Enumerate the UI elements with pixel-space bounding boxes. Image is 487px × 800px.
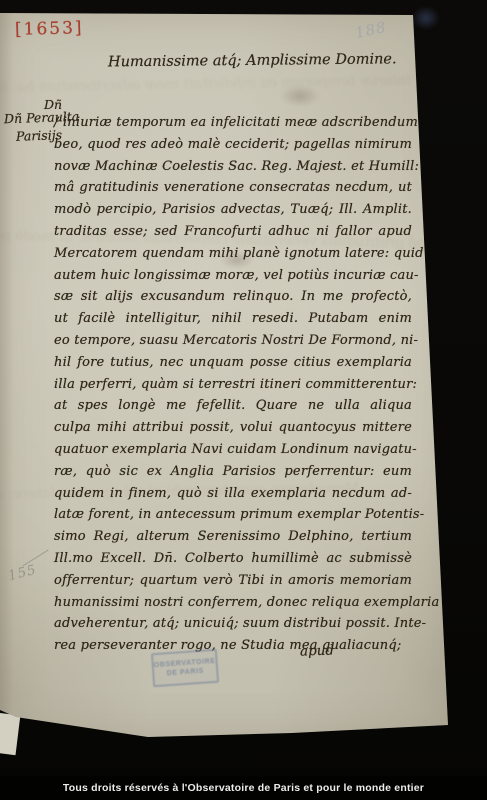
- ink-smudge: [280, 85, 320, 107]
- manuscript-line: hil fore tutius, nec unquam posse citius…: [54, 352, 412, 374]
- manuscript-line: sæ sit alijs excusandum relinquo. In me …: [54, 286, 412, 308]
- manuscript-line: traditas esse; sed Francofurti adhuc ni …: [54, 221, 412, 243]
- manuscript-line: simo Regi, alterum Serenissimo Delphino,…: [54, 526, 412, 548]
- manuscript-line: Mercatorem quendam mihi planè ignotum la…: [54, 243, 412, 265]
- stamp-text-line: DE PARIS: [166, 667, 204, 679]
- manuscript-line: / iniuriæ temporum ea infelicitati meæ a…: [54, 112, 412, 134]
- manuscript-line: culpa mihi attribui possit, volui quanto…: [54, 417, 412, 439]
- observatory-stamp: OBSERVATOIRE DE PARIS: [151, 649, 219, 688]
- scan-viewport: / iniuriæ temporum ea infelicitati meæ a…: [0, 0, 487, 800]
- manuscript-text: / iniuriæ temporum ea infelicitati meæ a…: [54, 112, 412, 657]
- manuscript-line: autem huic longissimæ moræ, vel potiùs i…: [54, 265, 412, 287]
- salutation-line: Humanissime atq́; Amplissime Domine.: [108, 52, 364, 71]
- blue-pencil-mark: [412, 6, 440, 30]
- manuscript-line: illa perferri, quàm si terrestri itineri…: [54, 374, 412, 396]
- manuscript-line: humanissimi nostri conferrem, donec reli…: [54, 592, 412, 614]
- manuscript-line: eo tempore, suasu Mercatoris Nostri De F…: [54, 330, 412, 352]
- manuscript-line: beo, quod res adeò malè ceciderit; pagel…: [54, 134, 412, 156]
- underlying-page-edge: [0, 713, 20, 755]
- folio-number-pencil: 188: [353, 18, 388, 42]
- manuscript-line: latæ forent, in antecessum primum exempl…: [54, 504, 412, 526]
- manuscript-line: ræ, quò sic ex Anglia Parisios perferren…: [54, 461, 412, 483]
- show-through-text: / iniuriæ temporum ea infelicitati meæ a…: [120, 72, 420, 93]
- manuscript-line: ut facilè intelligitur, nihil resedi. Pu…: [54, 308, 412, 330]
- manuscript-line: rea perseveranter rogo, ne Studia mea qu…: [54, 635, 412, 657]
- copyright-bar: Tous droits réservés à l'Observatoire de…: [0, 776, 487, 800]
- page-number-pencil: 155: [6, 562, 38, 584]
- archival-year-annotation: [1653]: [15, 18, 84, 40]
- copyright-text: Tous droits réservés à l'Observatoire de…: [63, 782, 424, 794]
- manuscript-line: novæ Machinæ Coelestis Sac. Reg. Majest.…: [54, 156, 412, 178]
- manuscript-line: quidem in finem, quò si illa exemplaria …: [54, 483, 412, 505]
- manuscript-line: quatuor exemplaria Navi cuidam Londinum …: [54, 439, 412, 461]
- catchword: apud: [300, 642, 335, 659]
- manuscript-line: adveherentur, atq́; unicuiq́; suum distr…: [54, 613, 412, 635]
- manuscript-line: at spes longè me fefellit. Quare ne ulla…: [54, 395, 412, 417]
- manuscript-line: offerrentur; quartum verò Tibi in amoris…: [54, 570, 412, 592]
- manuscript-line: modò percipio, Parisios advectas, Tuæq́;…: [54, 199, 412, 221]
- manuscript-page: / iniuriæ temporum ea infelicitati meæ a…: [0, 13, 448, 739]
- manuscript-line: Ill.mo Excell. Dn̄. Colberto humillimè a…: [54, 548, 412, 570]
- manuscript-line: mâ gratitudinis veneratione consecratas …: [54, 177, 412, 199]
